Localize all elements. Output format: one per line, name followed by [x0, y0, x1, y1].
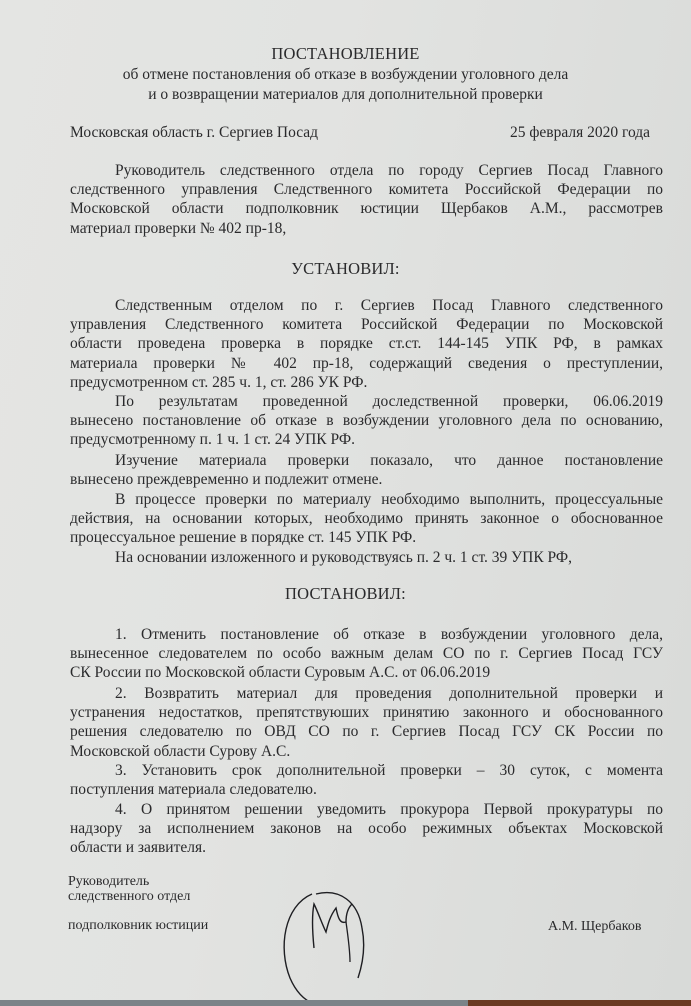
- text-line: предусмотренному п. 1 ч. 1 ст. 24 УПК РФ…: [70, 430, 663, 449]
- established-paragraph-4: В процессе проверки по материалу необход…: [70, 490, 663, 548]
- signer-position-line1: Руководитель: [68, 874, 149, 890]
- resolved-item-4: 4. О принятом решении уведомить прокурор…: [70, 800, 663, 858]
- intro-line: Московской области подполковник юстиции …: [70, 199, 663, 218]
- document-page: ПОСТАНОВЛЕНИЕ об отмене постановления об…: [0, 0, 691, 1000]
- text-line: СК России по Московской области Суровым …: [70, 663, 663, 682]
- resolved-item-1: 1. Отменить постановление об отказе в во…: [70, 625, 663, 683]
- established-paragraph-3: Изучение материала проверки показало, чт…: [70, 451, 663, 489]
- handwritten-signature-icon: [280, 888, 390, 1006]
- resolved-item-3: 3. Установить срок дополнительной провер…: [70, 761, 663, 799]
- document-date: 25 февраля 2020 года: [510, 124, 650, 142]
- document-place: Московская область г. Сергиев Посад: [70, 124, 318, 142]
- text-line: По результатам проведенной доследственно…: [70, 392, 663, 411]
- resolved-item-2: 2. Возвратить материал для проведения до…: [70, 684, 663, 761]
- signer-rank: подполковник юстиции: [68, 918, 208, 934]
- text-line: 1. Отменить постановление об отказе в во…: [70, 625, 663, 644]
- text-line: 2. Возвратить материал для проведения до…: [70, 684, 663, 703]
- text-line: 4. О принятом решении уведомить прокурор…: [70, 800, 663, 819]
- text-line: устранения недостатков, препятствуюших п…: [70, 703, 663, 722]
- text-line: поступления материала следователю.: [70, 780, 663, 799]
- intro-line: Руководитель следственного отдела по гор…: [70, 161, 663, 180]
- document-subtitle-line2: и о возвращении материалов для дополните…: [0, 86, 691, 104]
- signer-name: А.М. Щербаков: [548, 919, 641, 935]
- text-line: На основании изложенного и руководствуяс…: [70, 548, 663, 567]
- document-subtitle-line1: об отмене постановления об отказе в возб…: [0, 66, 691, 84]
- text-line: В процессе проверки по материалу необход…: [70, 490, 663, 509]
- text-line: вынесено преждевременно и подлежит отмен…: [70, 470, 663, 489]
- text-line: предусмотренном ст. 285 ч. 1, ст. 286 УК…: [70, 373, 663, 392]
- signer-position-line2: следственного отдел: [68, 889, 190, 905]
- intro-paragraph: Руководитель следственного отдела по гор…: [70, 161, 663, 238]
- text-line: Следственным отделом по г. Сергиев Посад…: [70, 296, 663, 315]
- section-heading-resolved: ПОСТАНОВИЛ:: [0, 584, 691, 604]
- established-paragraph-2: По результатам проведенной доследственно…: [70, 392, 663, 450]
- text-line: Московской области Сурову А.С.: [70, 742, 663, 761]
- text-line: области проведена проверка в порядке ст.…: [70, 334, 663, 353]
- text-line: вынесенное следователем по особо важным …: [70, 644, 663, 663]
- section-heading-established: УСТАНОВИЛ:: [0, 259, 691, 279]
- text-line: 3. Установить срок дополнительной провер…: [70, 761, 663, 780]
- established-paragraph-5: На основании изложенного и руководствуяс…: [70, 548, 663, 567]
- text-line: вынесено постановление об отказе в возбу…: [70, 411, 663, 430]
- text-line: управления Следственного комитета Россий…: [70, 315, 663, 334]
- text-line: надзору за исполнением законов на особо …: [70, 819, 663, 838]
- background-surface: [0, 1000, 691, 1006]
- text-line: Изучение материала проверки показало, чт…: [70, 451, 663, 470]
- text-line: области и заявителя.: [70, 838, 663, 857]
- wooden-table-edge: [468, 1000, 691, 1006]
- intro-line: материал проверки № 402 пр-18,: [70, 219, 663, 238]
- text-line: решения следователю по ОВД СО по г. Серг…: [70, 722, 663, 741]
- document-title: ПОСТАНОВЛЕНИЕ: [0, 44, 691, 64]
- text-line: действия, на основании которых, необходи…: [70, 509, 663, 528]
- text-line: процессуальное решение в порядке ст. 145…: [70, 528, 663, 547]
- established-paragraph-1: Следственным отделом по г. Сергиев Посад…: [70, 296, 663, 392]
- intro-line: следственного управления Следственного к…: [70, 180, 663, 199]
- text-line: материала проверки № 402 пр-18, содержащ…: [70, 354, 663, 373]
